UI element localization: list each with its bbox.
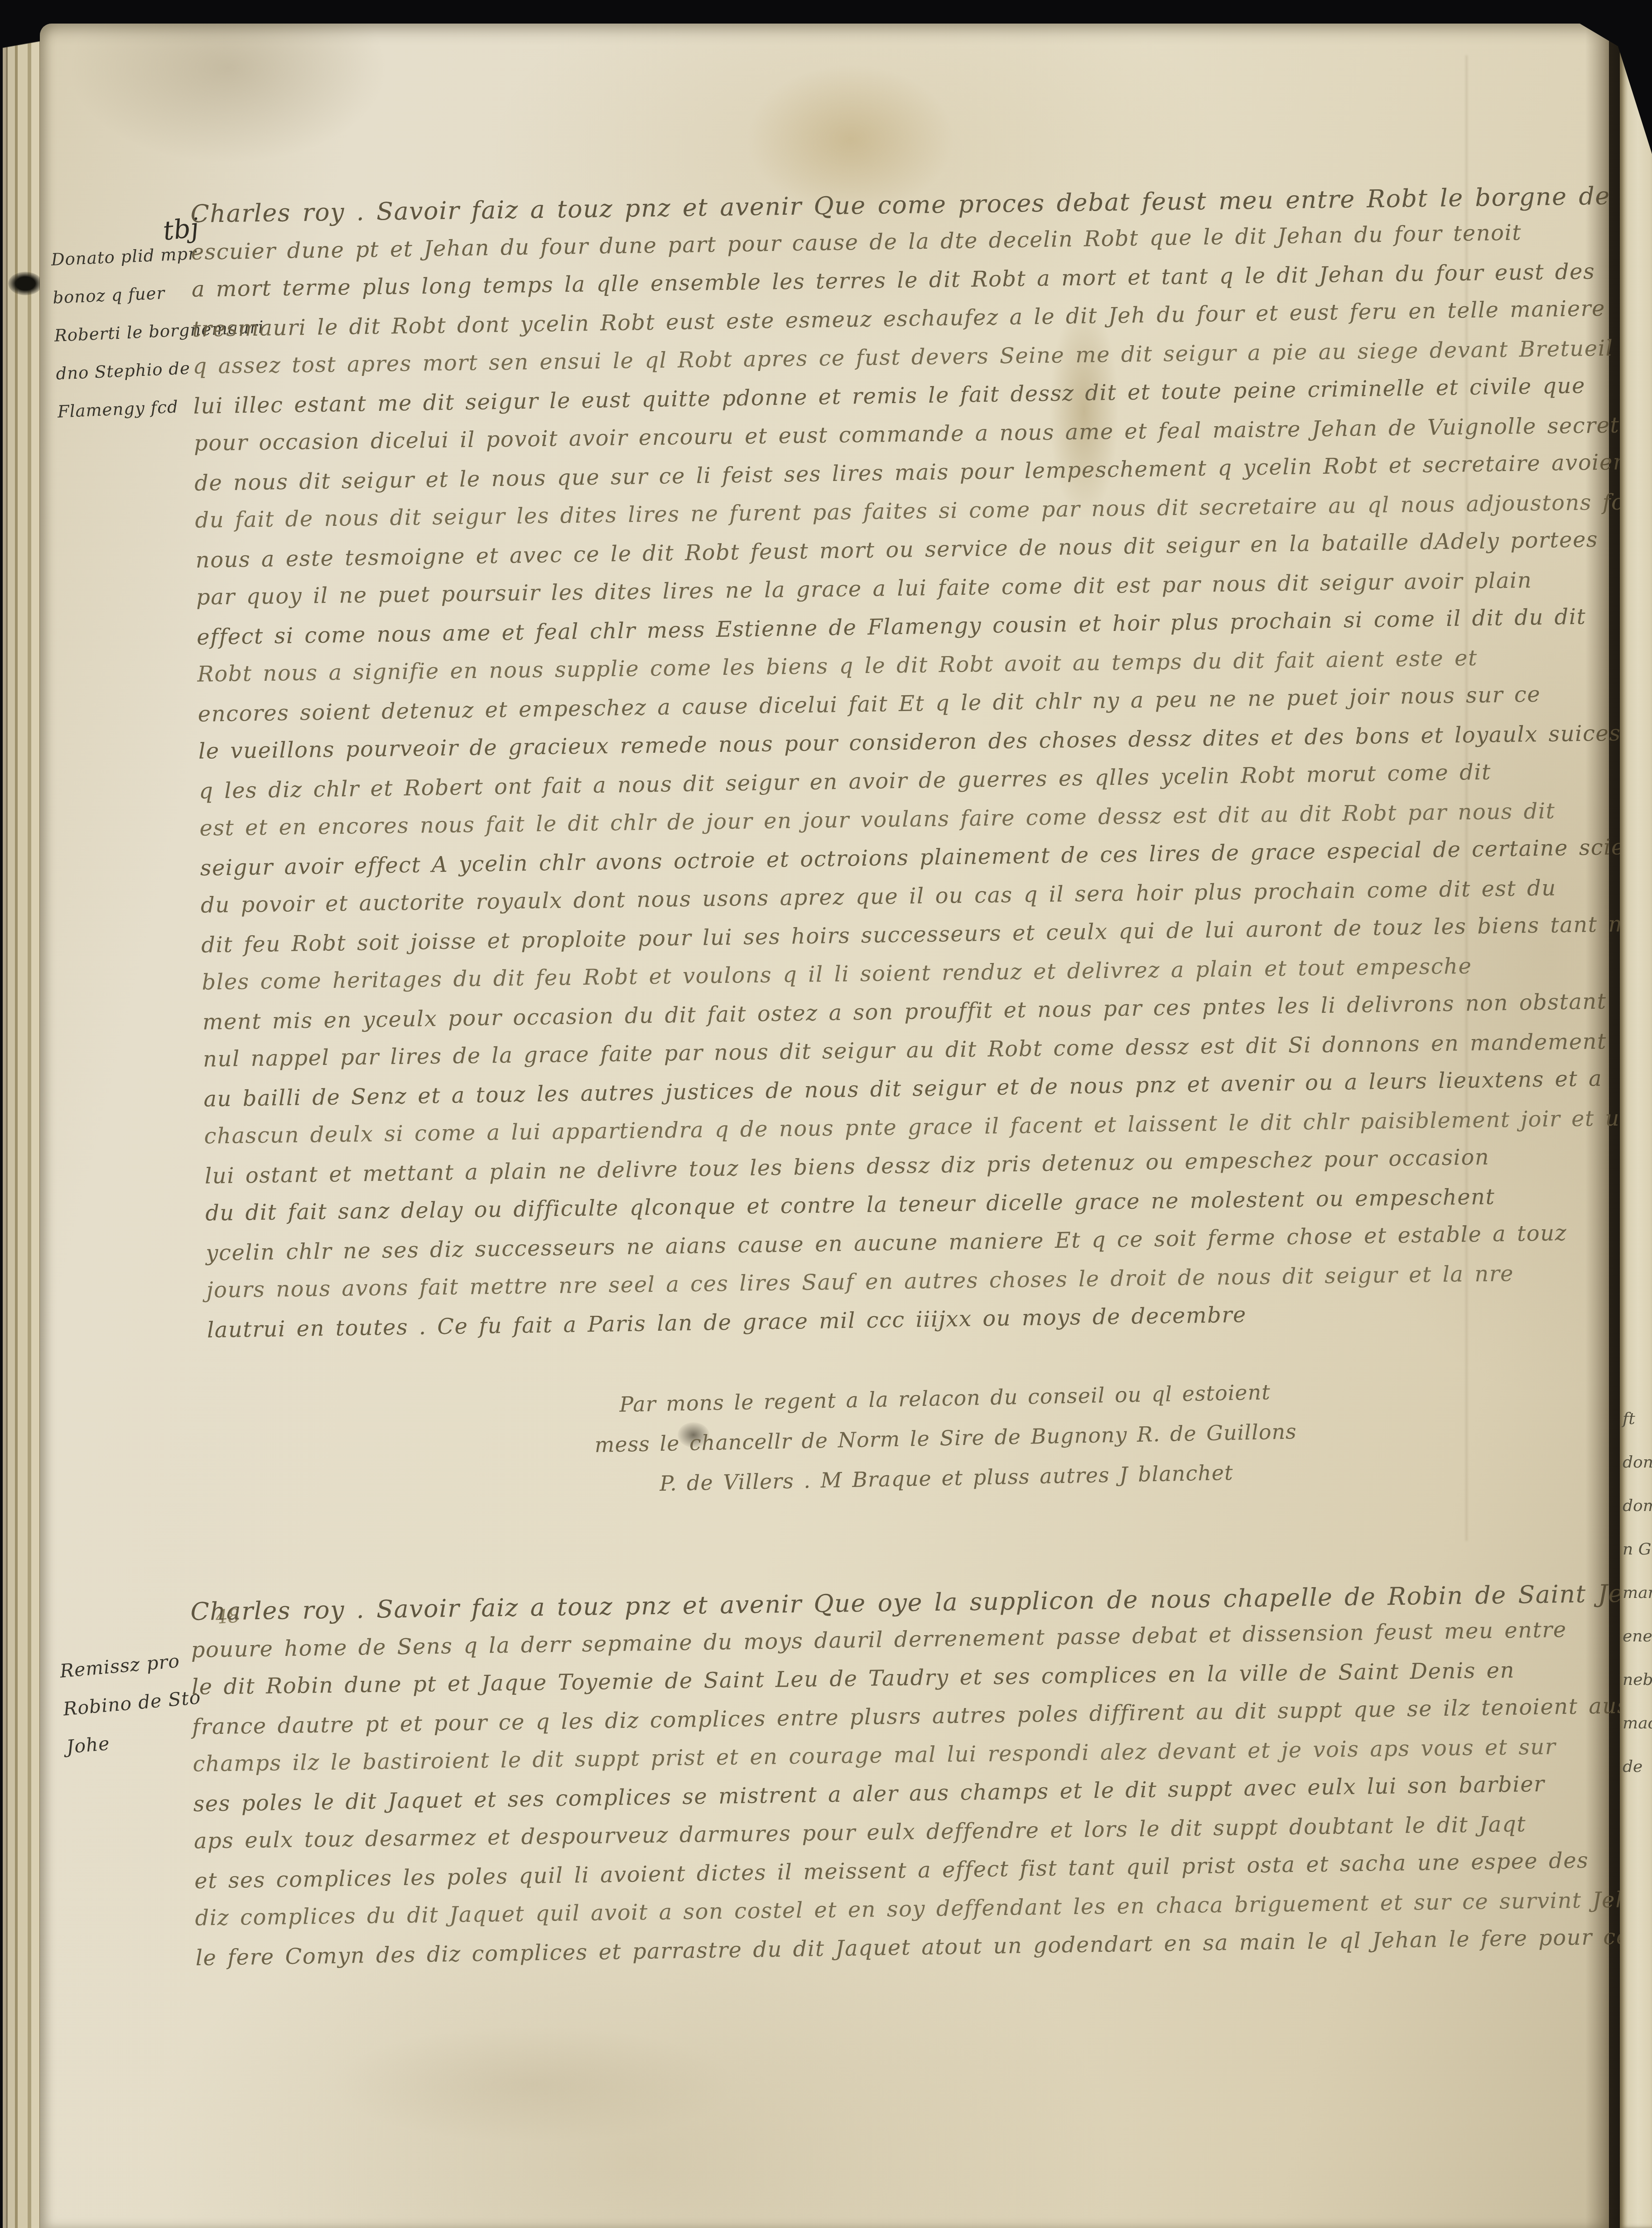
- text-fragment: nebr: [1623, 1670, 1652, 1714]
- text-fragment: n G: [1623, 1540, 1652, 1583]
- left-page-edges: [0, 17, 45, 2228]
- act2-text: Charles roy . Savoir faiz a touz pnz et …: [190, 1578, 1564, 1984]
- facing-page-text-fragments: ftdondomn Gmanenernebrmachde: [1623, 1410, 1652, 1801]
- facing-page-edge: ftdondomn Gmanenernebrmachde: [1620, 42, 1652, 2228]
- text-fragment: dom: [1623, 1497, 1652, 1540]
- text-fragment: man: [1623, 1583, 1652, 1627]
- ink-blot: [8, 272, 43, 295]
- scuff-mark: [330, 2026, 737, 2143]
- act1-text: Charles roy . Savoir faiz a touz pnz et …: [190, 181, 1575, 1356]
- text-fragment: don: [1623, 1453, 1652, 1497]
- margin-note-act2: Remissz proRobino de StoJohe: [58, 1637, 206, 1763]
- manuscript-photo: tbj Donato plid mprbonoz q fuerRoberti l…: [0, 0, 1652, 2228]
- parchment-page: tbj Donato plid mprbonoz q fuerRoberti l…: [40, 24, 1609, 2228]
- text-fragment: mach: [1623, 1714, 1652, 1757]
- text-fragment: ener: [1623, 1627, 1652, 1670]
- text-fragment: ft: [1623, 1410, 1652, 1453]
- act1-closing: Par mons le regent a la relacon du conse…: [456, 1376, 1436, 1515]
- text-fragment: de: [1623, 1757, 1652, 1801]
